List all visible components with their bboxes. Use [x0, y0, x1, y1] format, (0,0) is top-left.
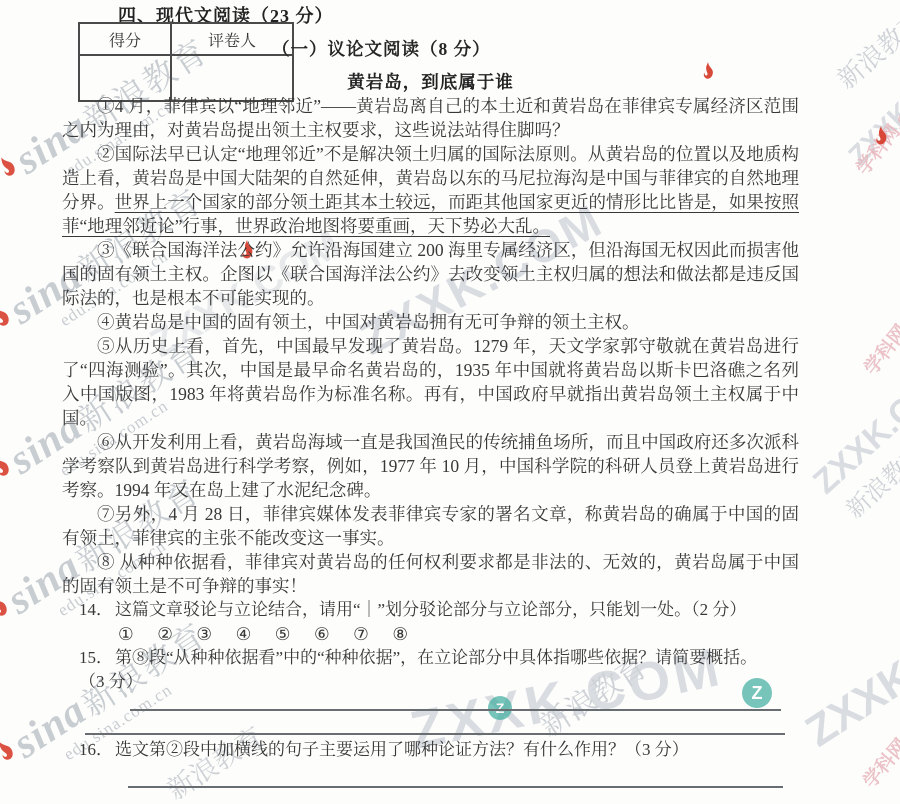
paragraph-2: ②国际法早已认定“地理邻近”不是解决领土归属的国际法原则。从黄岩岛的位置以及地质…: [62, 142, 799, 238]
question-15: 15．第⑧段“从种种依据看”中的“种种依据”，在立论部分中具体指哪些依据？请简要…: [62, 646, 799, 670]
question-15-text: 第⑧段“从种种依据看”中的“种种依据”，在立论部分中具体指哪些依据？请简要概括。: [115, 648, 757, 667]
answer-line: [130, 694, 781, 711]
paragraph-8: ⑧ 从种种依据看，菲律宾对黄岩岛的任何权利要求都是非法的、无效的，黄岩岛属于中国…: [62, 550, 799, 598]
paragraph-7: ⑦另外，4 月 28 日，菲律宾媒体发表菲律宾专家的署名文章，称黄岩岛的确属于中…: [62, 502, 799, 550]
exam-page: sina 新浪教育 edu.sina.com.cn sina 新浪教育 edu.…: [0, 0, 900, 804]
paragraph-6: ⑥从开发利用上看，黄岩岛海域一直是我国渔民的传统捕鱼场所，而且中国政府还多次派科…: [62, 430, 799, 502]
question-14-options: ① ② ③ ④ ⑤ ⑥ ⑦ ⑧: [62, 622, 799, 646]
exam-content: 四、现代文阅读（23 分） 得分 评卷人 （一）议论文阅读（8 分） 黄岩岛，到…: [0, 0, 900, 804]
question-15-number: 15．: [79, 648, 113, 667]
question-15-score: （3 分）: [62, 670, 799, 694]
paragraph-1: ①4 月，菲律宾以“地理邻近”——黄岩岛离自己的本土近和黄岩岛在菲律宾专属经济区…: [62, 94, 799, 142]
paragraph-3: ③《联合国海洋法公约》允许沿海国建立 200 海里专属经济区，但沿海国无权因此而…: [62, 238, 799, 310]
article: 黄岩岛，到底属于谁 ①4 月，菲律宾以“地理邻近”——黄岩岛离自己的本土近和黄岩…: [62, 70, 799, 788]
underlined-sentence: 世界上一个国家的部分领土距其本土较远，而距其他国家更近的情形比比皆是，如果按照菲…: [62, 192, 799, 236]
score-cell-label: 得分: [79, 23, 171, 55]
article-title: 黄岩岛，到底属于谁: [62, 70, 799, 94]
question-16: 16．选文第②段中加横线的句子主要运用了哪种论证方法？有什么作用？（3 分）: [62, 738, 799, 762]
question-14-number: 14．: [79, 600, 113, 619]
subsection-heading: （一）议论文阅读（8 分）: [272, 36, 491, 61]
question-16-text: 选文第②段中加横线的句子主要运用了哪种论证方法？有什么作用？（3 分）: [115, 740, 689, 759]
question-16-number: 16．: [79, 740, 113, 759]
paragraph-4: ④黄岩岛是中国的固有领土，中国对黄岩岛拥有无可争辩的领土主权。: [62, 310, 799, 334]
answer-line: [128, 762, 783, 788]
question-14-text: 这篇文章驳论与立论结合，请用“｜”划分驳论部分与立论部分，只能划一处。（2 分）: [115, 600, 746, 619]
question-14: 14．这篇文章驳论与立论结合，请用“｜”划分驳论部分与立论部分，只能划一处。（2…: [62, 598, 799, 622]
answer-line: [85, 711, 785, 735]
paragraph-5: ⑤从历史上看，首先，中国最早发现了黄岩岛。1279 年，天文学家郭守敬就在黄岩岛…: [62, 334, 799, 430]
